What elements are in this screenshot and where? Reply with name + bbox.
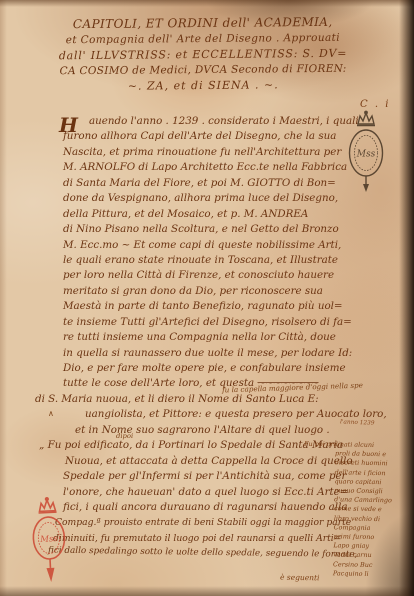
manuscript-page: CAPITOLI, ET ORDINI dell' ACADEMIA, et C… — [0, 0, 414, 596]
insertion-caret: ∧ — [48, 409, 54, 418]
body-line: meritato si gran dono da Dio, per ricono… — [63, 284, 393, 299]
stamp-text: Mss — [39, 534, 59, 545]
body-line: in quella si raunassero due uolte il mes… — [63, 346, 393, 361]
margin-note-line: Pacquino li — [333, 569, 413, 580]
body-line: della Pittura, et del Mosaico, et p. M. … — [63, 207, 393, 222]
margin-date-note: l'anno 1239 — [340, 419, 375, 426]
title-line: ~. ZA, et di SIENA . ~. — [38, 77, 368, 95]
body-line: Maestà in parte di tanto Benefizio, ragu… — [63, 299, 393, 314]
interlinear-note-dipoi: dipoi — [116, 432, 133, 440]
crown-icon — [39, 500, 56, 512]
body-line: di Nino Pisano nella Scoltura, e nel Get… — [63, 222, 393, 237]
body-line: per loro nella Città di Firenze, et cono… — [63, 268, 393, 283]
body-line: le quali erano state rinouate in Toscana… — [63, 253, 393, 268]
margin-notes: Fu poi ordinati alcuni proli da buoni e … — [333, 440, 414, 579]
body-line: di S. Maria nuoua, et li diero il Nome d… — [35, 392, 393, 407]
red-stamp-bottom-left: Mss — [24, 495, 75, 585]
body-line: Dio, e per fare molte opere pie, e confa… — [63, 361, 393, 376]
body-line: M. Ecc.mo ~ Et come capi di queste nobil… — [63, 238, 393, 253]
library-stamp-top-right: Mss — [343, 110, 389, 196]
body-line: re tutti insieme una Compagnia nella lor… — [63, 330, 393, 345]
folio-mark: C . i — [360, 99, 390, 110]
catchword: è seguenti — [280, 573, 320, 583]
crown-icon — [358, 113, 374, 124]
title-block: CAPITOLI, ET ORDINI dell' ACADEMIA, et C… — [38, 15, 369, 96]
body-line: te insieme Tutti gl'Artefici del Disegno… — [63, 315, 393, 330]
stamp-text: Mss — [356, 150, 376, 160]
